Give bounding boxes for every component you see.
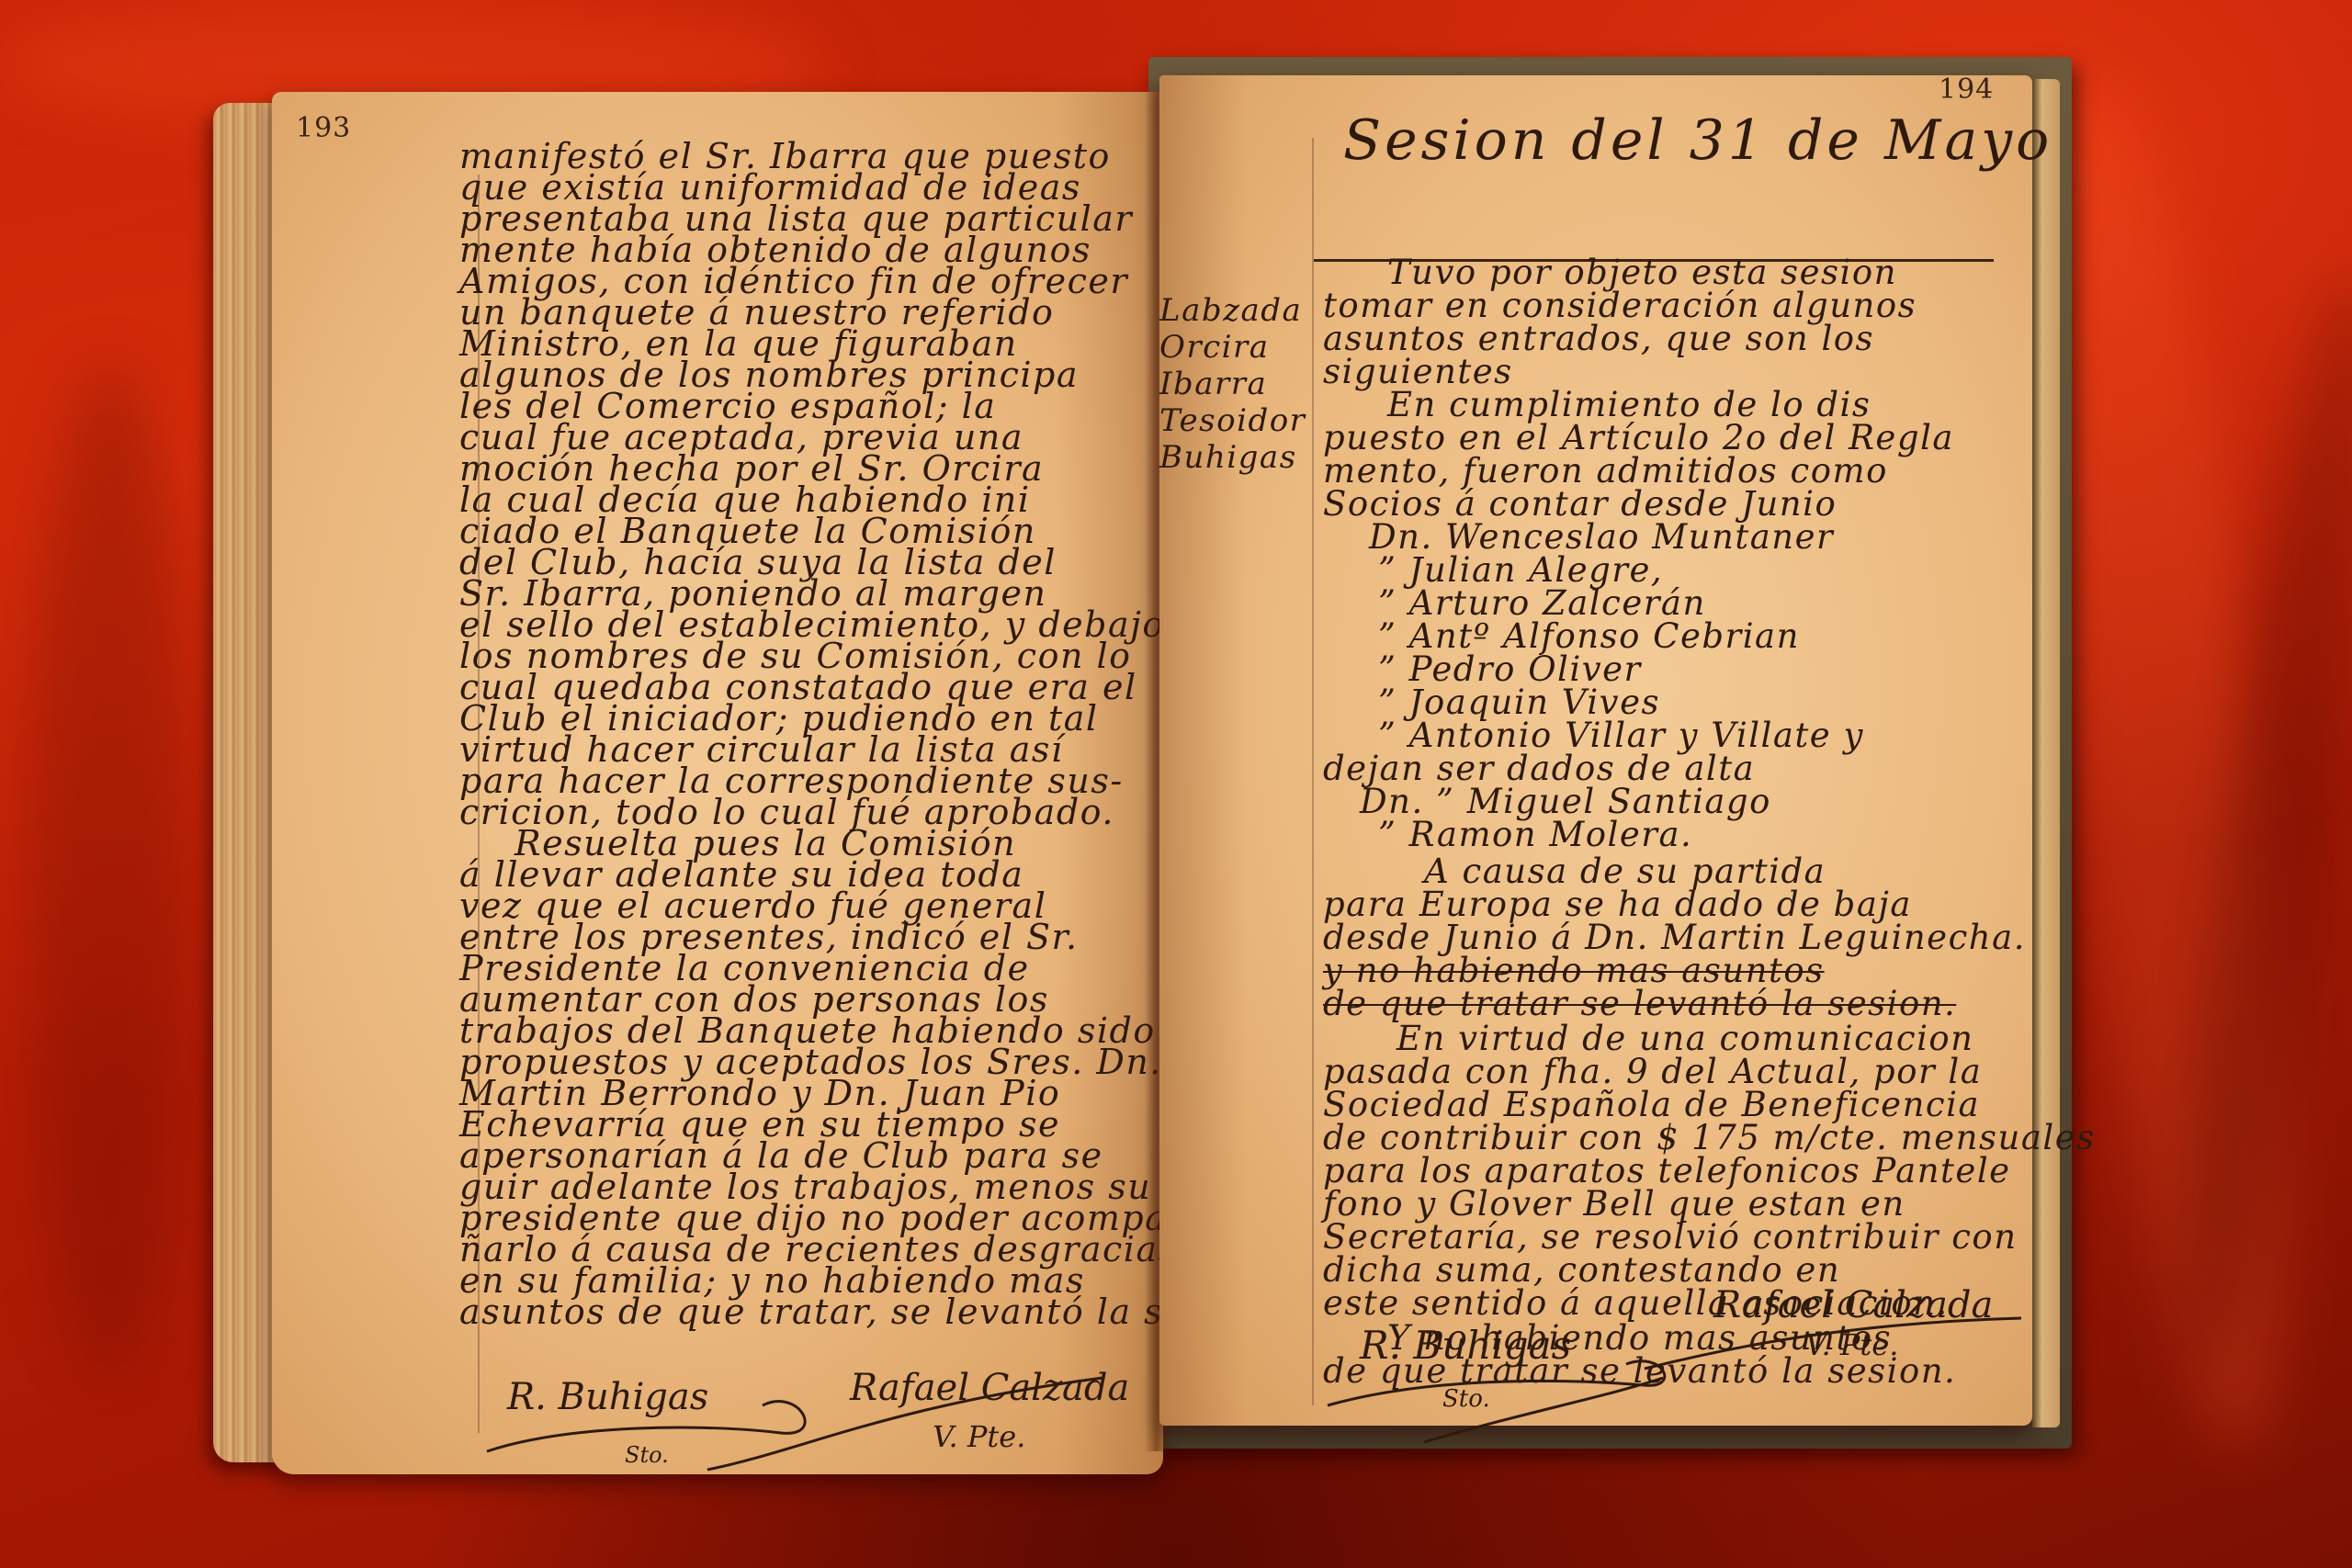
signature-secretary-title-left: Sto. xyxy=(625,1442,669,1468)
signature-vp-title-right: V. Pte. xyxy=(1805,1327,1898,1362)
signature-vp-right: Rafael Calzada xyxy=(1713,1284,1993,1326)
signature-vp-title-left: V. Pte. xyxy=(933,1419,1025,1454)
attendee-name: Labzada xyxy=(1159,292,1302,329)
signature-vp-left: Rafael Calzada xyxy=(850,1367,1129,1409)
struck-text-line: de que tratar se levantó la sesion. xyxy=(1323,984,1956,1023)
attendee-name: Tesoidor xyxy=(1159,402,1306,439)
signature-secretary-title-right: Sto. xyxy=(1442,1385,1490,1413)
open-ledger: 193 manifestó el Sr. Ibarra que puesto q… xyxy=(0,0,2352,1568)
signature-secretary-right: R. Buhigas xyxy=(1360,1323,1571,1368)
text-line: ” Ramon Molera. xyxy=(1378,815,1692,854)
attendee-name: Ibarra xyxy=(1159,366,1267,402)
session-title: Sesion del 31 de Mayo xyxy=(1343,108,2052,173)
signature-secretary-left: R. Buhigas xyxy=(507,1376,708,1418)
book-cover-edge xyxy=(2032,79,2060,1427)
attendee-name: Orcira xyxy=(1159,329,1270,366)
attendee-name: Buhigas xyxy=(1159,439,1297,476)
page-number-right: 194 xyxy=(1939,73,1994,106)
page-number-left: 193 xyxy=(296,112,351,144)
margin-rule xyxy=(1312,138,1314,1405)
